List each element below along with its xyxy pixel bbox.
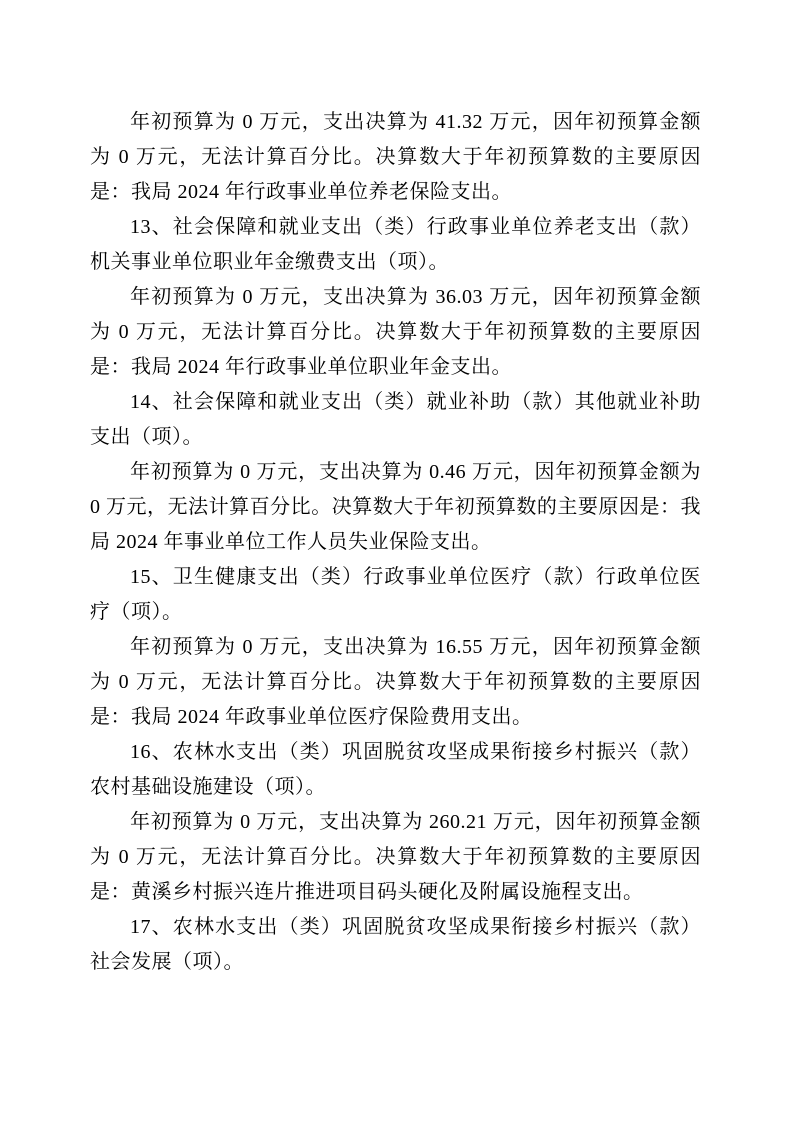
doc-paragraph-item-16: 16、农林水支出（类）巩固脱贫攻坚成果衔接乡村振兴（款）农村基础设施建设（项）。 bbox=[90, 735, 701, 805]
doc-paragraph: 年初预算为 0 万元，支出决算为 41.32 万元，因年初预算金额为 0 万元，… bbox=[90, 105, 701, 210]
doc-paragraph-item-17: 17、农林水支出（类）巩固脱贫攻坚成果衔接乡村振兴（款）社会发展（项）。 bbox=[90, 910, 701, 980]
doc-paragraph-item-13: 13、社会保障和就业支出（类）行政事业单位养老支出（款）机关事业单位职业年金缴费… bbox=[90, 210, 701, 280]
doc-paragraph: 年初预算为 0 万元，支出决算为 260.21 万元，因年初预算金额为 0 万元… bbox=[90, 805, 701, 910]
document-page: 年初预算为 0 万元，支出决算为 41.32 万元，因年初预算金额为 0 万元，… bbox=[0, 0, 793, 1122]
document-text-block: 年初预算为 0 万元，支出决算为 41.32 万元，因年初预算金额为 0 万元，… bbox=[90, 105, 701, 980]
doc-paragraph: 年初预算为 0 万元，支出决算为 16.55 万元，因年初预算金额为 0 万元，… bbox=[90, 630, 701, 735]
doc-paragraph-item-15: 15、卫生健康支出（类）行政事业单位医疗（款）行政单位医疗（项）。 bbox=[90, 560, 701, 630]
doc-paragraph: 年初预算为 0 万元，支出决算为 0.46 万元，因年初预算金额为 0 万元，无… bbox=[90, 455, 701, 560]
doc-paragraph-item-14: 14、社会保障和就业支出（类）就业补助（款）其他就业补助支出（项）。 bbox=[90, 385, 701, 455]
doc-paragraph: 年初预算为 0 万元，支出决算为 36.03 万元，因年初预算金额为 0 万元，… bbox=[90, 280, 701, 385]
